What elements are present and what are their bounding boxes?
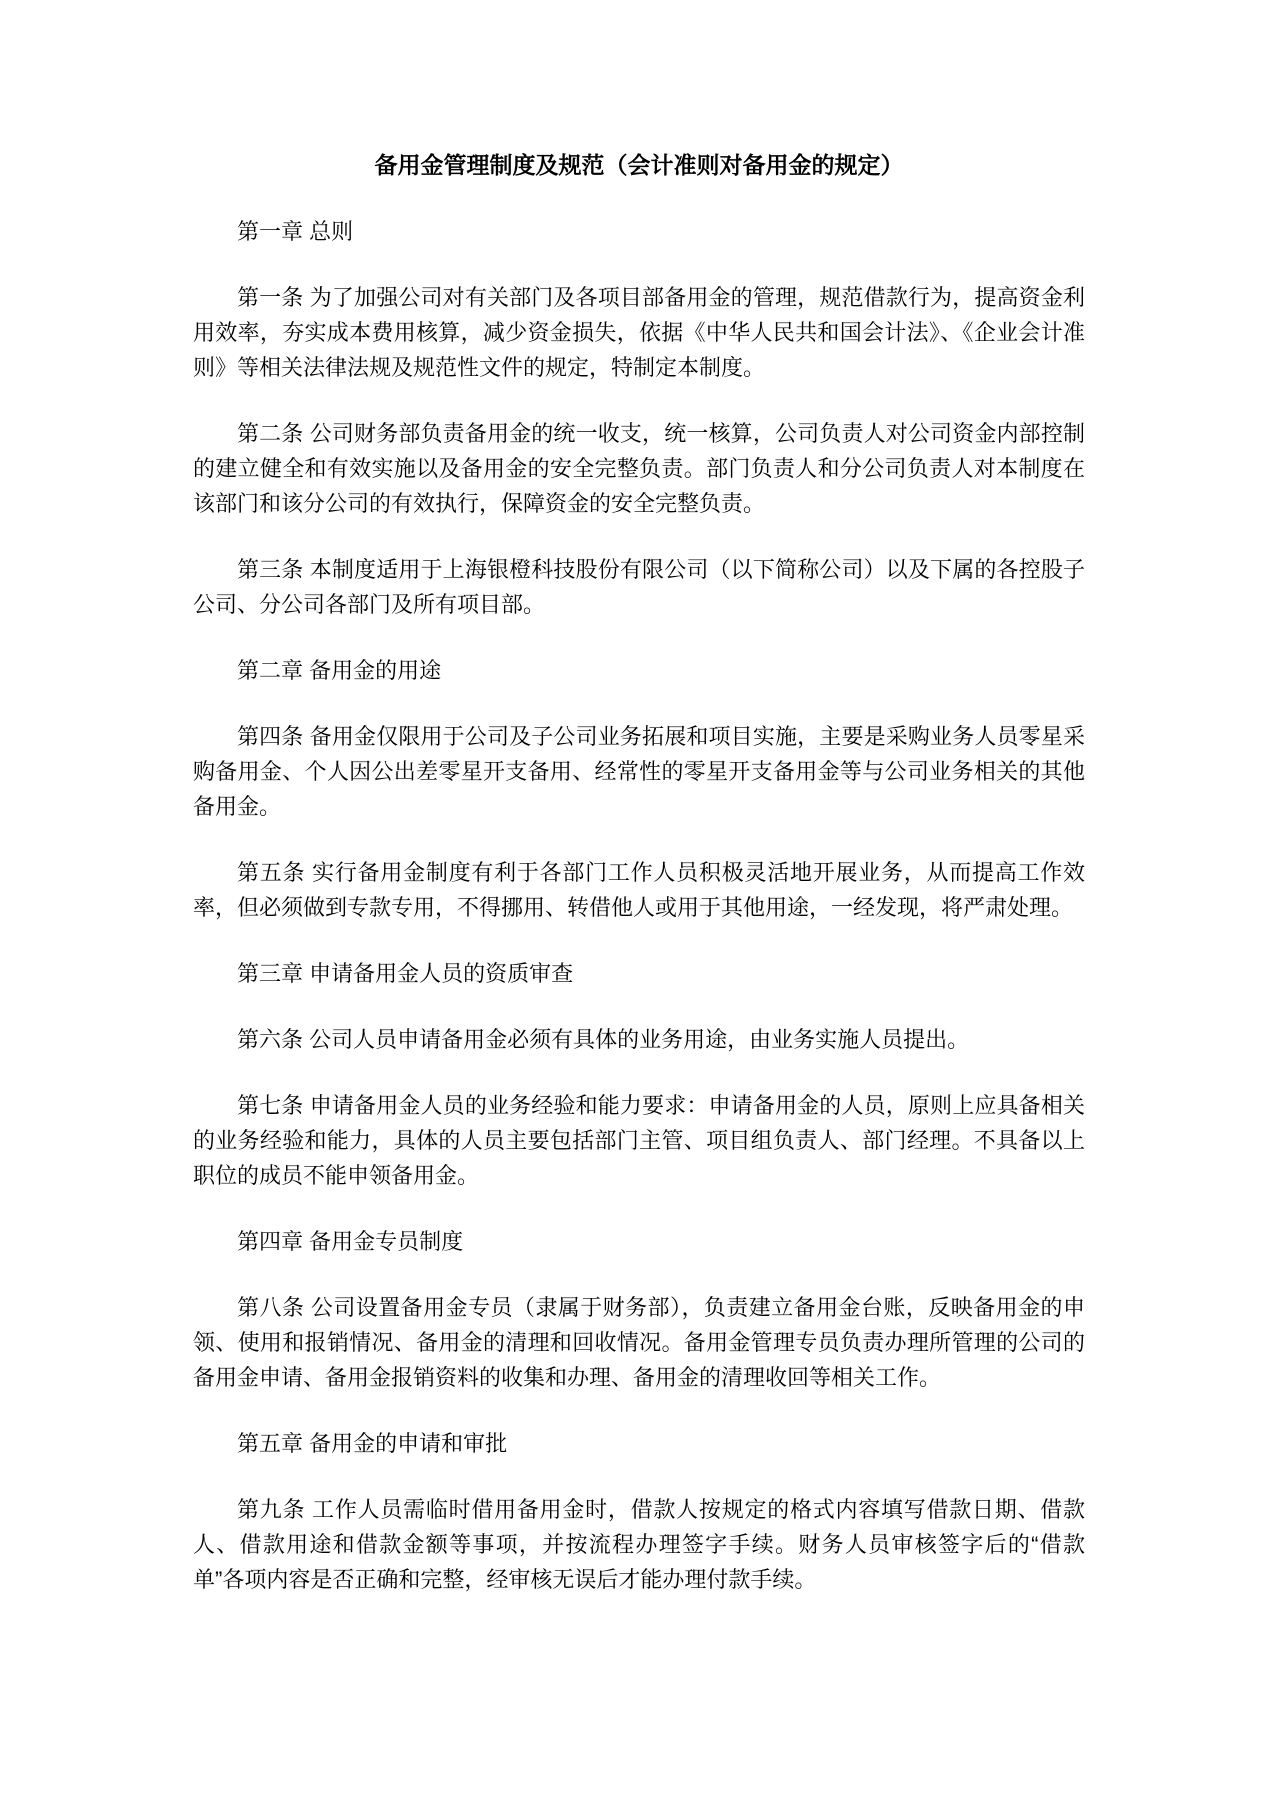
paragraph-list: 第一章 总则第一条 为了加强公司对有关部门及各项目部备用金的管理，规范借款行为，… [193,214,1085,1597]
article-paragraph: 第一条 为了加强公司对有关部门及各项目部备用金的管理，规范借款行为，提高资金利用… [193,280,1085,385]
article-paragraph: 第三条 本制度适用于上海银橙科技股份有限公司（以下简称公司）以及下属的各控股子公… [193,552,1085,622]
chapter-heading: 第二章 备用金的用途 [193,653,1085,688]
article-paragraph: 第九条 工作人员需临时借用备用金时，借款人按规定的格式内容填写借款日期、借款人、… [193,1492,1085,1597]
document-page: 备用金管理制度及规范（会计准则对备用金的规定） 第一章 总则第一条 为了加强公司… [0,0,1280,1810]
article-paragraph: 第四条 备用金仅限用于公司及子公司业务拓展和项目实施，主要是采购业务人员零星采购… [193,719,1085,824]
chapter-heading: 第三章 申请备用金人员的资质审查 [193,956,1085,991]
article-paragraph: 第七条 申请备用金人员的业务经验和能力要求：申请备用金的人员，原则上应具备相关的… [193,1088,1085,1193]
document-content: 备用金管理制度及规范（会计准则对备用金的规定） 第一章 总则第一条 为了加强公司… [193,148,1085,1628]
article-paragraph: 第八条 公司设置备用金专员（隶属于财务部），负责建立备用金台账，反映备用金的申领… [193,1290,1085,1395]
chapter-heading: 第五章 备用金的申请和审批 [193,1426,1085,1461]
article-paragraph: 第二条 公司财务部负责备用金的统一收支，统一核算，公司负责人对公司资金内部控制的… [193,416,1085,521]
article-paragraph: 第五条 实行备用金制度有利于各部门工作人员积极灵活地开展业务，从而提高工作效率，… [193,855,1085,925]
chapter-heading: 第四章 备用金专员制度 [193,1224,1085,1259]
document-title: 备用金管理制度及规范（会计准则对备用金的规定） [193,148,1085,183]
chapter-heading: 第一章 总则 [193,214,1085,249]
article-paragraph: 第六条 公司人员申请备用金必须有具体的业务用途，由业务实施人员提出。 [193,1022,1085,1057]
